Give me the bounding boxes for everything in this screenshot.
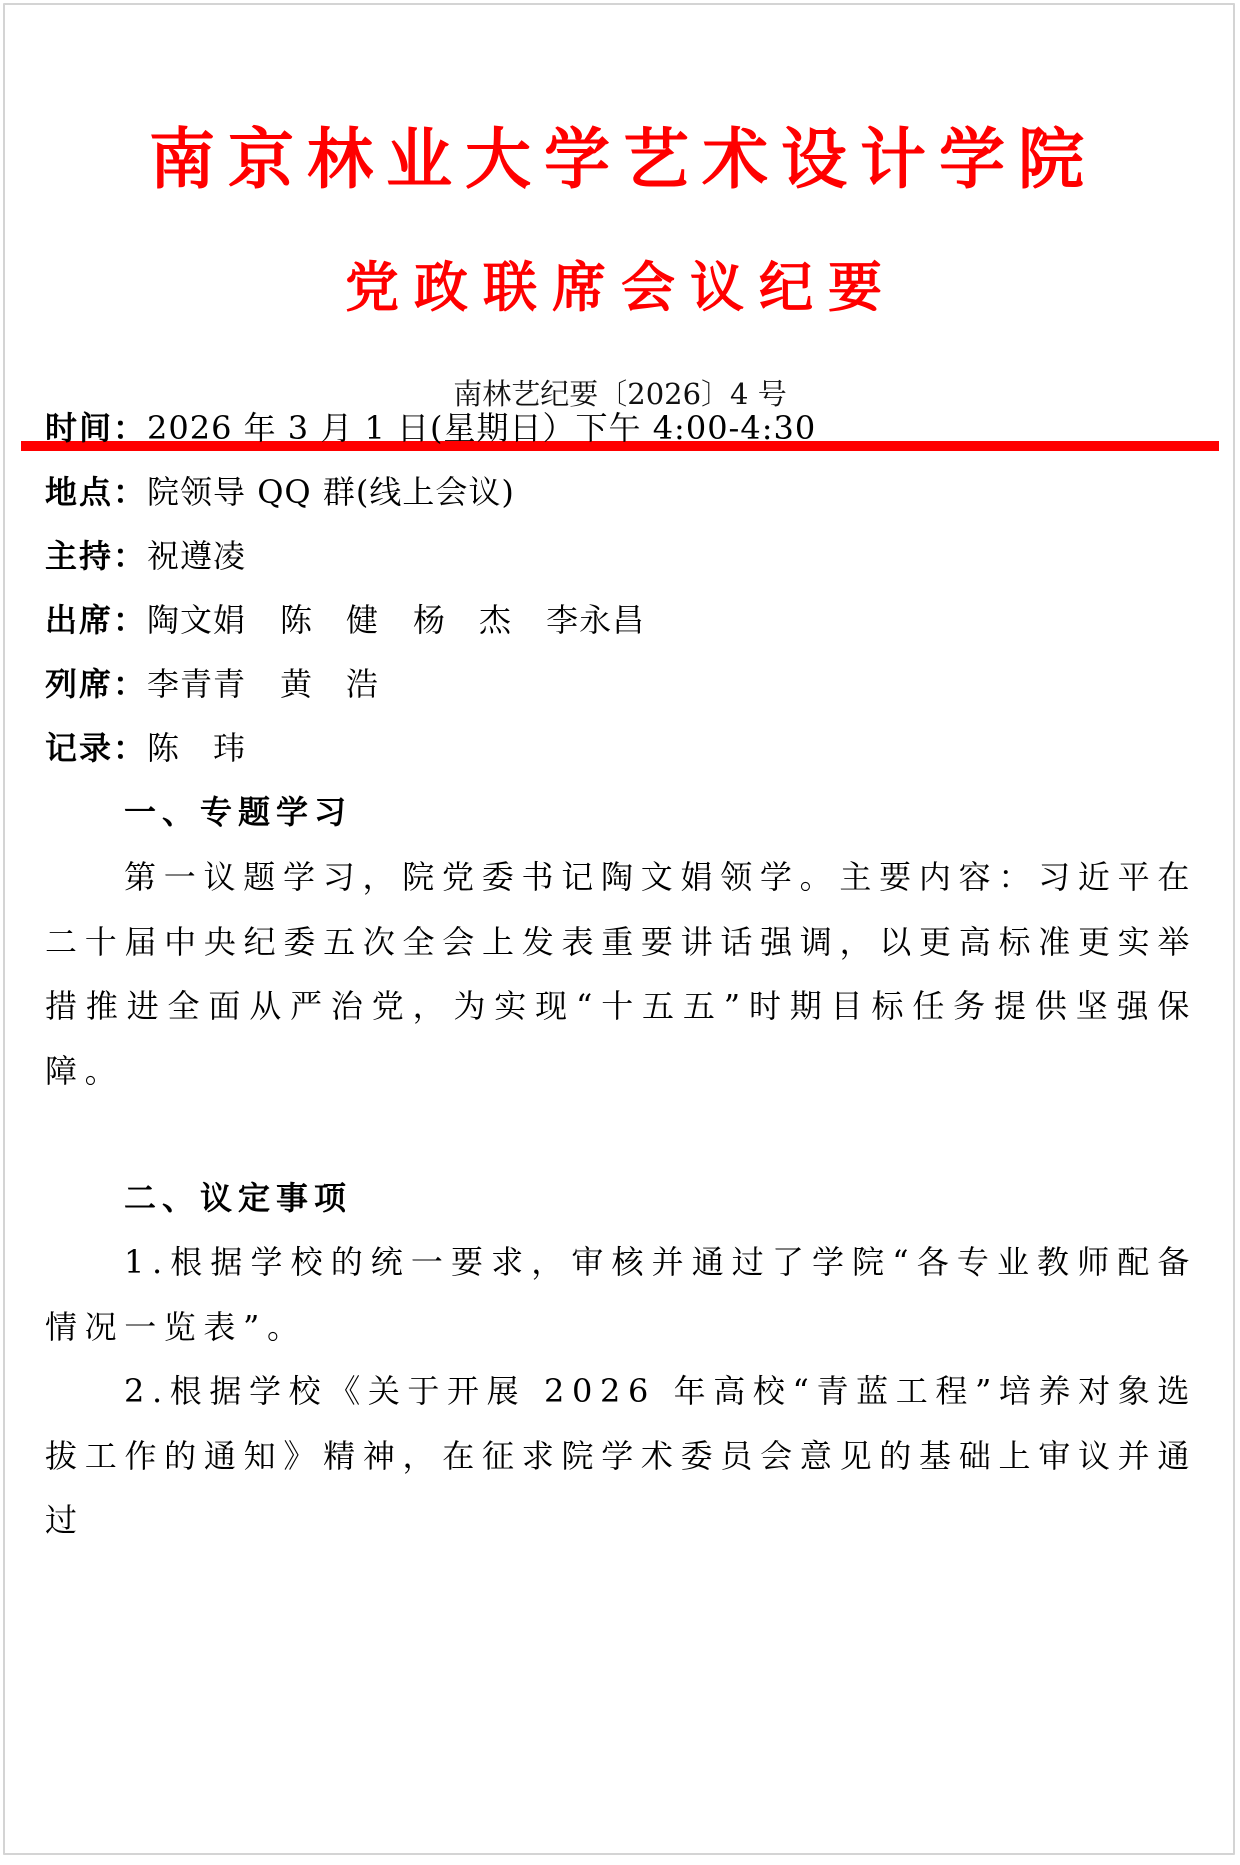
meta-attendees-label: 出席： <box>45 601 147 639</box>
section-heading-study: 一、专题学习 <box>124 780 352 844</box>
meta-host-row: 主持：祝遵凌 <box>45 524 246 588</box>
meta-attendees-row: 出席：陶文娟陈 健杨 杰李永昌 <box>45 588 645 652</box>
meta-location-value: 院领导 QQ 群(线上会议) <box>147 473 515 511</box>
decision-item-1: 1.根据学校的统一要求，审核并通过了学院“各专业教师配备情况一览表”。 <box>45 1230 1197 1359</box>
observer-name: 黄 浩 <box>280 665 379 703</box>
meta-time-value: 2026 年 3 月 1 日(星期日）下午 4:00-4:30 <box>147 409 816 447</box>
meta-location-row: 地点：院领导 QQ 群(线上会议) <box>45 460 515 524</box>
observer-name: 李青青 <box>147 665 246 703</box>
meta-host-label: 主持： <box>45 537 147 575</box>
meta-time-label: 时间： <box>45 409 147 447</box>
meta-observers-row: 列席：李青青黄 浩 <box>45 652 379 716</box>
document-type-title: 党政联席会议纪要 <box>0 252 1240 324</box>
meta-recorder-label: 记录： <box>45 729 147 767</box>
meta-recorder-row: 记录：陈 玮 <box>45 716 246 780</box>
meta-host-name: 祝遵凌 <box>147 537 246 575</box>
institution-title: 南京林业大学艺术设计学院 <box>0 118 1240 202</box>
attendee-name: 陶文娟 <box>147 601 246 639</box>
attendee-name: 陈 健 <box>280 601 379 639</box>
attendee-name: 李永昌 <box>546 601 645 639</box>
section-heading-decisions: 二、议定事项 <box>124 1166 352 1230</box>
decision-item-2: 2.根据学校《关于开展 2026 年高校“青蓝工程”培养对象选拔工作的通知》精神… <box>45 1359 1197 1553</box>
attendee-name: 杨 杰 <box>413 601 512 639</box>
recorder-name: 陈 玮 <box>147 729 246 767</box>
meta-observers-label: 列席： <box>45 665 147 703</box>
section-study-paragraph: 第一议题学习，院党委书记陶文娟领学。主要内容：习近平在二十届中央纪委五次全会上发… <box>45 845 1197 1103</box>
meta-time-row: 时间：2026 年 3 月 1 日(星期日）下午 4:00-4:30 <box>45 396 816 460</box>
meta-location-label: 地点： <box>45 473 147 511</box>
